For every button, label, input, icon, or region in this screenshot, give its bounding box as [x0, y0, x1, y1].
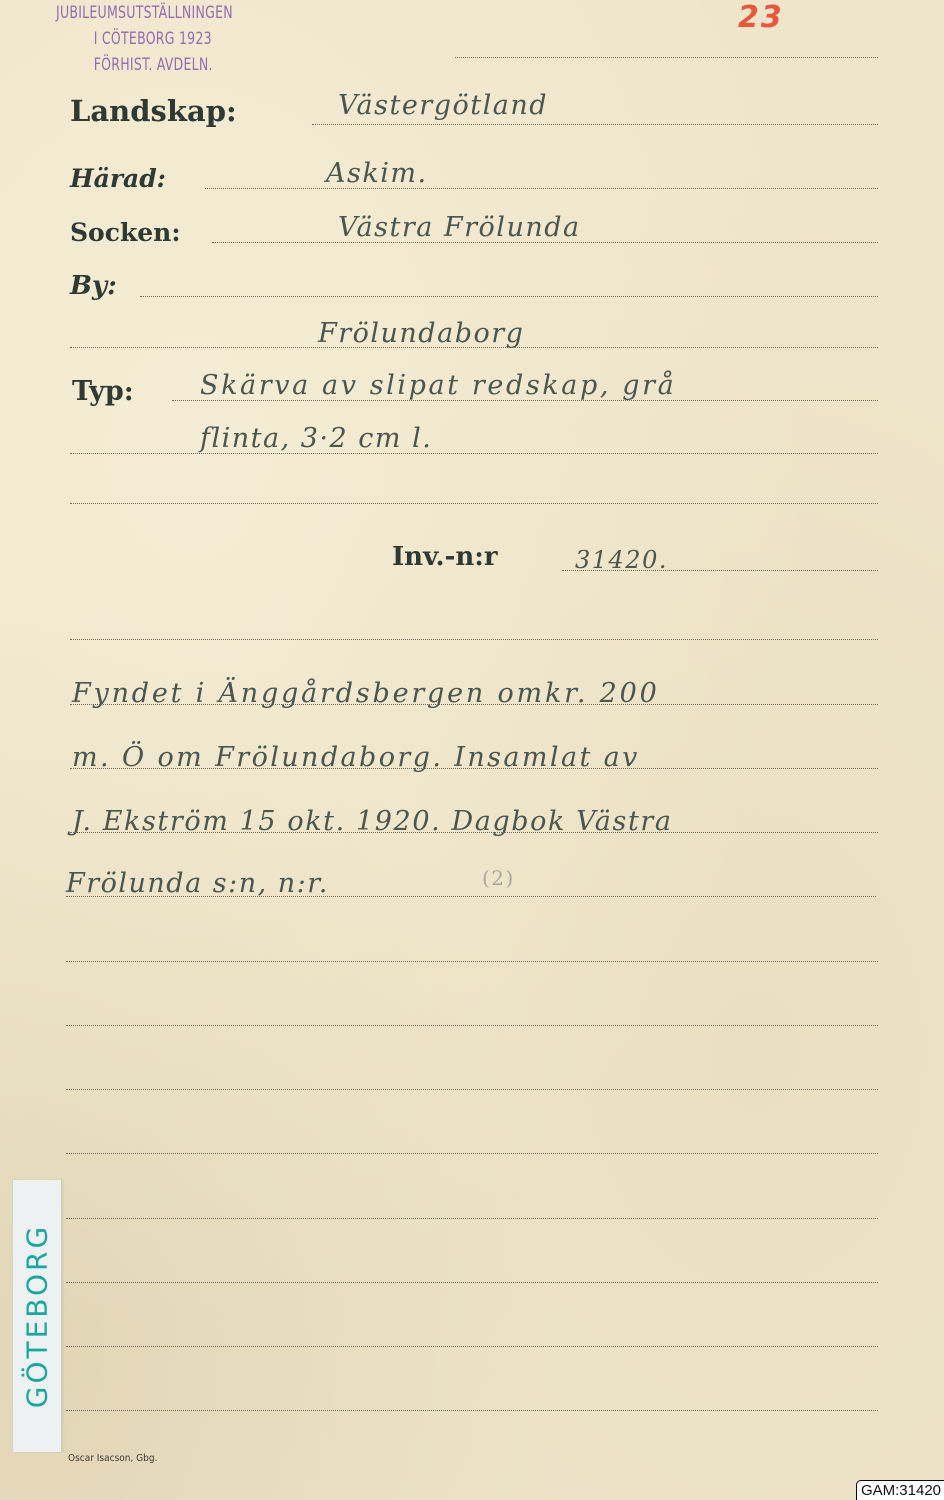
- notes-line-4: Frölunda s:n, n:r.: [66, 870, 329, 897]
- value-inv-nr: 31420.: [575, 548, 668, 572]
- dotted-line: [70, 832, 878, 833]
- dotted-line: [70, 768, 878, 769]
- value-by-line2: Frölundaborg: [318, 320, 524, 347]
- label-typ: Typ:: [72, 378, 134, 405]
- dotted-line: [66, 961, 878, 962]
- label-inv-nr: Inv.-n:r: [392, 544, 498, 570]
- stamp-line-1: JUBILEUMSUTSTÄLLNINGEN: [56, 5, 233, 22]
- value-harad: Askim.: [326, 160, 428, 187]
- dotted-line: [66, 1089, 878, 1090]
- dotted-line: [172, 400, 878, 401]
- dotted-line: [140, 296, 878, 297]
- value-typ-line1: Skärva av slipat redskap, grå: [200, 372, 676, 399]
- value-landskap: Västergötland: [338, 92, 548, 119]
- dotted-line: [66, 1153, 878, 1154]
- label-socken: Socken:: [70, 220, 181, 245]
- dotted-line: [70, 704, 878, 705]
- dotted-line: [66, 896, 876, 897]
- printer-imprint: Oscar Isacson, Gbg.: [68, 1453, 157, 1464]
- label-landskap: Landskap:: [70, 97, 237, 126]
- dotted-line: [205, 188, 878, 189]
- notes-line-3: J. Ekström 15 okt. 1920. Dagbok Västra: [72, 808, 673, 835]
- dotted-line: [66, 1218, 878, 1219]
- dotted-line: [212, 242, 878, 243]
- dotted-line: [562, 570, 878, 571]
- notes-annotation: (2): [482, 868, 515, 888]
- stamp-line-3: FÖRHIST. AVDELN.: [94, 57, 233, 74]
- value-socken: Västra Frölunda: [338, 214, 581, 241]
- dotted-line: [312, 124, 878, 125]
- dotted-line: [66, 1346, 878, 1347]
- notes-line-2: m. Ö om Frölundaborg. Insamlat av: [72, 744, 640, 771]
- notes-line-1: Fyndet i Änggårdsbergen omkr. 200: [72, 680, 660, 707]
- museum-stamp: JUBILEUMSUTSTÄLLNINGEN I CÖTEBORG 1923 F…: [56, 5, 233, 74]
- label-by: By:: [70, 273, 117, 299]
- goteborg-side-label: GÖTEBORG: [12, 1180, 62, 1452]
- value-typ-line2: flinta, 3·2 cm l.: [200, 425, 432, 452]
- label-harad: Härad:: [70, 166, 166, 191]
- goteborg-text: GÖTEBORG: [21, 1224, 54, 1408]
- dotted-line: [66, 1025, 878, 1026]
- dotted-line: [70, 347, 878, 348]
- reference-id: GAM:31420: [856, 1480, 944, 1500]
- page-number: 23: [738, 0, 784, 35]
- dotted-line: [66, 1282, 878, 1283]
- dotted-line: [70, 639, 878, 640]
- dotted-line: [66, 1410, 878, 1411]
- dotted-line: [70, 503, 878, 504]
- dotted-line: [70, 453, 878, 454]
- dotted-line: [455, 57, 878, 58]
- stamp-line-2: I CÖTEBORG 1923: [94, 31, 233, 48]
